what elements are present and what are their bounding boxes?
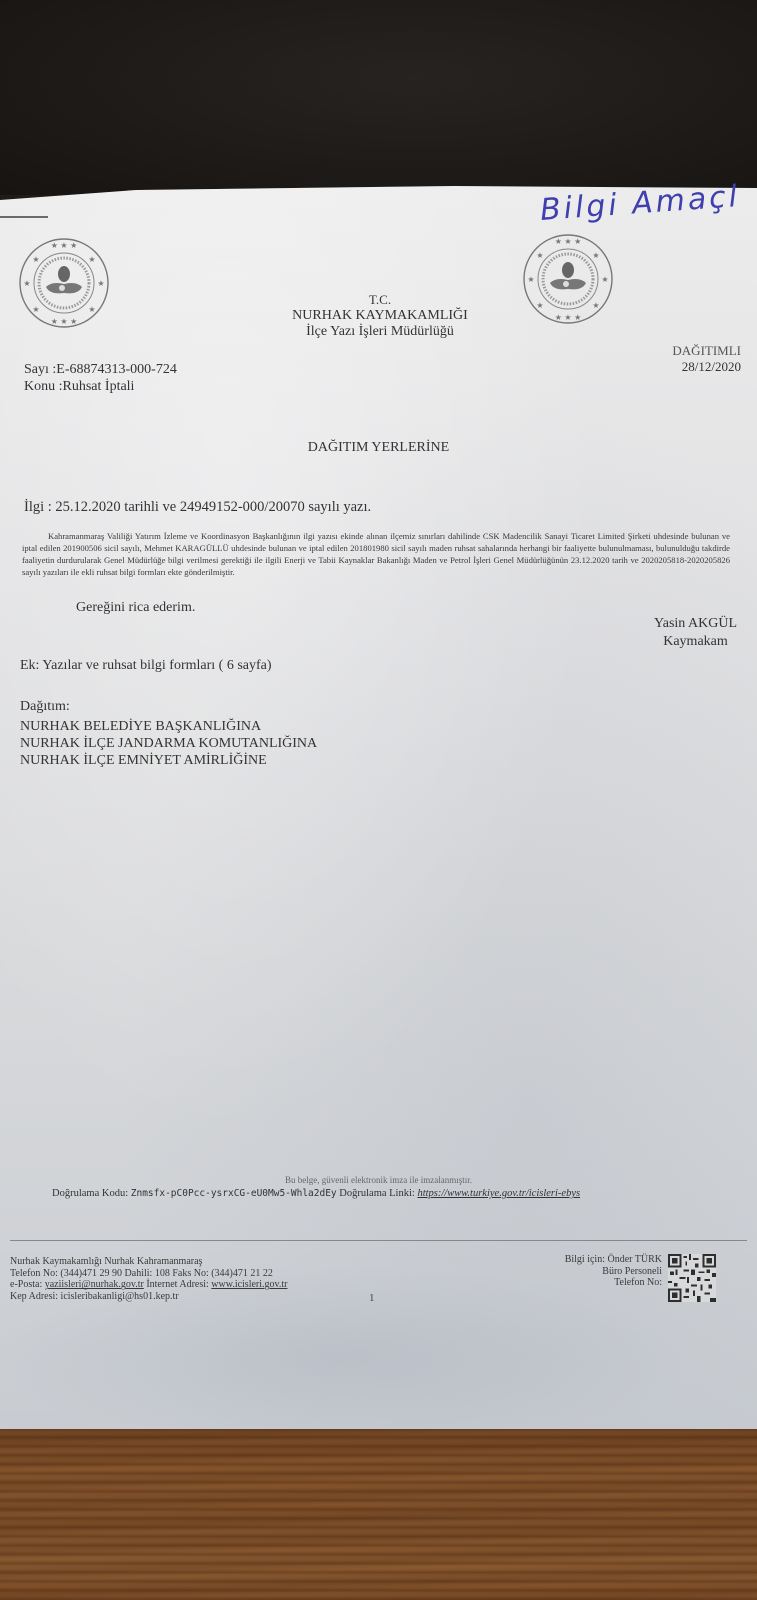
institution-name: NURHAK KAYMAKAMLIĞI <box>230 308 530 324</box>
svg-text:★ ★ ★: ★ ★ ★ <box>555 313 582 322</box>
svg-text:★ ★ ★: ★ ★ ★ <box>51 241 78 250</box>
svg-text:★: ★ <box>592 251 599 260</box>
svg-text:★: ★ <box>536 301 543 310</box>
contact-role: Büro Personeli <box>565 1266 662 1278</box>
attachment-line: Ek: Yazılar ve ruhsat bilgi formları ( 6… <box>20 658 272 674</box>
district-governorship-seal-icon: ★ ★ ★★ ★ ★ ★★ ★★ ★★ <box>522 233 614 325</box>
web-label: İnternet Adresi: <box>146 1279 208 1290</box>
esign-notice: Bu belge, güvenli elektronik imza ile im… <box>0 1175 757 1185</box>
distribution-tag: DAĞITIMLI 28/12/2020 <box>672 343 741 375</box>
wooden-table-background <box>0 1428 757 1600</box>
qr-code-icon <box>668 1253 716 1303</box>
document-subject-value: :Ruhsat İptali <box>59 379 135 394</box>
verification-code-label: Doğrulama Kodu: <box>52 1188 128 1199</box>
ministry-seal-icon: ★ ★ ★★ ★ ★ ★★ ★★ ★★ <box>18 237 110 329</box>
recipient-title: DAĞITIM YERLERİNE <box>0 440 757 456</box>
footer-kep: Kep Adresi: icisleribakanligi@hs01.kep.t… <box>10 1291 287 1303</box>
reference-line: İlgi : 25.12.2020 tarihli ve 24949152-00… <box>24 499 371 516</box>
distribution-recipient: NURHAK İLÇE EMNİYET AMİRLİĞİNE <box>20 752 317 769</box>
signature-block: Yasin AKGÜL Kaymakam <box>654 615 737 651</box>
verification-code: Znmsfx-pC0Pcc-ysrxCG-eU0Mw5-Whla2dEy <box>131 1188 337 1199</box>
footer-address: Nurhak Kaymakamlığı Nurhak Kahramanmaraş <box>10 1256 287 1268</box>
svg-text:★: ★ <box>592 301 599 310</box>
document-date: 28/12/2020 <box>672 359 741 375</box>
svg-text:★: ★ <box>527 275 534 284</box>
body-paragraph: Kahramanmaraş Valiliği Yatırım İzleme ve… <box>22 530 730 578</box>
svg-text:★: ★ <box>97 279 104 288</box>
contact-person: Bilgi için: Önder TÜRK <box>565 1254 662 1266</box>
distribution-list: Dağıtım: NURHAK BELEDİYE BAŞKANLIĞINA NU… <box>20 698 317 769</box>
footer-contact: Nurhak Kaymakamlığı Nurhak Kahramanmaraş… <box>10 1256 287 1303</box>
svg-text:★: ★ <box>32 305 39 314</box>
verification-line: Doğrulama Kodu: Znmsfx-pC0Pcc-ysrxCG-eU0… <box>52 1188 580 1199</box>
verification-link-label: Doğrulama Linki: <box>339 1188 415 1199</box>
page-number: 1 <box>369 1292 375 1304</box>
svg-text:★: ★ <box>88 255 95 264</box>
email-label: e-Posta: <box>10 1279 42 1290</box>
country-label: T.C. <box>230 292 530 308</box>
distribution-recipient: NURHAK İLÇE JANDARMA KOMUTANLIĞINA <box>20 735 317 752</box>
document-subject-label: Konu <box>24 379 55 394</box>
distribution-label: DAĞITIMLI <box>672 343 741 359</box>
document-number-row: Sayı :E-68874313-000-724 <box>24 361 177 378</box>
footer-divider <box>10 1240 747 1241</box>
footer-phone: Telefon No: (344)471 29 90 Dahili: 108 F… <box>10 1268 287 1280</box>
svg-text:★: ★ <box>88 305 95 314</box>
svg-text:★: ★ <box>23 279 30 288</box>
document-subject-row: Konu :Ruhsat İptali <box>24 378 177 395</box>
signer-title: Kaymakam <box>654 633 737 651</box>
document-number-value: :E-68874313-000-724 <box>52 362 176 377</box>
svg-text:★: ★ <box>32 255 39 264</box>
email-link[interactable]: yaziisleri@nurhak.gov.tr <box>45 1279 144 1290</box>
paper-fold-edge <box>0 216 48 218</box>
document-meta: Sayı :E-68874313-000-724 Konu :Ruhsat İp… <box>24 361 177 395</box>
web-link[interactable]: www.icisleri.gov.tr <box>211 1279 287 1290</box>
department-name: İlçe Yazı İşleri Müdürlüğü <box>230 324 530 340</box>
signer-name: Yasin AKGÜL <box>654 615 737 633</box>
verification-link[interactable]: https://www.turkiye.gov.tr/icisleri-ebys <box>417 1188 580 1199</box>
letterhead: T.C. NURHAK KAYMAKAMLIĞI İlçe Yazı İşler… <box>230 292 530 340</box>
distribution-label: Dağıtım: <box>20 698 317 715</box>
closing-line: Gereğini rica ederim. <box>76 600 195 616</box>
footer-info-contact: Bilgi için: Önder TÜRK Büro Personeli Te… <box>565 1254 662 1289</box>
dark-background <box>0 0 757 195</box>
contact-phone: Telefon No: <box>565 1277 662 1289</box>
document-number-label: Sayı <box>24 362 49 377</box>
distribution-recipient: NURHAK BELEDİYE BAŞKANLIĞINA <box>20 718 317 735</box>
svg-text:★: ★ <box>601 275 608 284</box>
footer-email-web: e-Posta: yaziisleri@nurhak.gov.tr İntern… <box>10 1279 287 1291</box>
svg-text:★ ★ ★: ★ ★ ★ <box>51 317 78 326</box>
svg-text:★: ★ <box>536 251 543 260</box>
svg-text:★ ★ ★: ★ ★ ★ <box>555 237 582 246</box>
